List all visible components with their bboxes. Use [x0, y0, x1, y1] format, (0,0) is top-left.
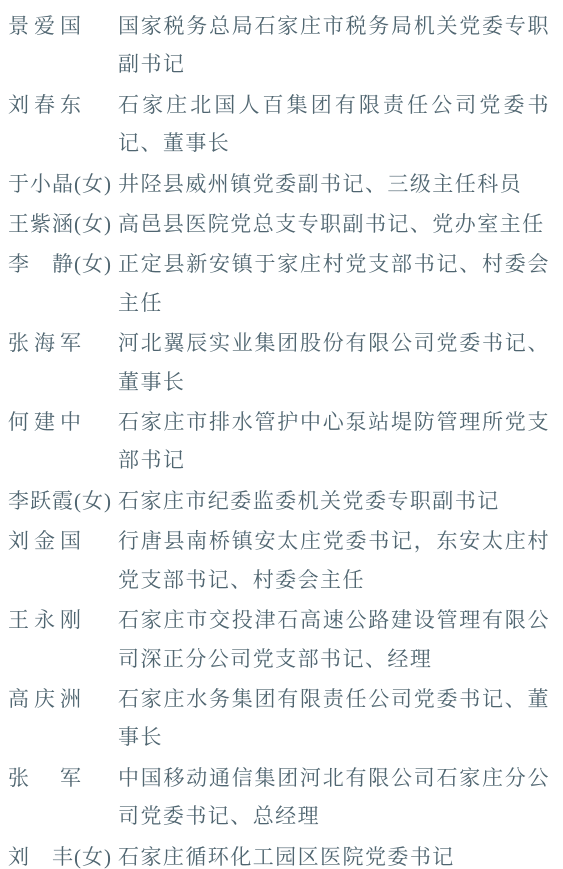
person-title: 石家庄市纪委监委机关党委专职副书记: [118, 482, 550, 520]
person-title: 行唐县南桥镇安太庄党委书记，东安太庄村党支部书记、村委会主任: [118, 522, 550, 599]
person-title: 正定县新安镇于家庄村党支部书记、村委会主任: [118, 245, 550, 322]
person-name: 刘春东: [8, 86, 118, 124]
person-name: 王紫涵(女): [8, 205, 118, 243]
person-name: 于小晶(女): [8, 165, 118, 203]
officials-list: 景爱国 国家税务总局石家庄市税务局机关党委专职副书记 刘春东 石家庄北国人百集团…: [8, 7, 563, 869]
person-name: 李 静(女): [8, 245, 118, 283]
entry-row: 何建中 石家庄市排水管护中心泵站堤防管理所党支部书记: [8, 403, 563, 480]
person-name: 景爱国: [8, 7, 118, 45]
entry-row: 景爱国 国家税务总局石家庄市税务局机关党委专职副书记: [8, 7, 563, 84]
person-name: 高庆洲: [8, 680, 118, 718]
entry-row: 高庆洲 石家庄水务集团有限责任公司党委书记、董事长: [8, 680, 563, 757]
person-name: 刘金国: [8, 522, 118, 560]
entry-row: 于小晶(女) 井陉县威州镇党委副书记、三级主任科员: [8, 165, 563, 203]
entry-row: 王紫涵(女) 高邑县医院党总支专职副书记、党办室主任: [8, 205, 563, 243]
person-title: 石家庄北国人百集团有限责任公司党委书记、董事长: [118, 86, 550, 163]
person-title: 石家庄水务集团有限责任公司党委书记、董事长: [118, 680, 550, 757]
entry-row: 刘金国 行唐县南桥镇安太庄党委书记，东安太庄村党支部书记、村委会主任: [8, 522, 563, 599]
entry-row: 李跃霞(女) 石家庄市纪委监委机关党委专职副书记: [8, 482, 563, 520]
person-title: 石家庄市排水管护中心泵站堤防管理所党支部书记: [118, 403, 550, 480]
document-page: 景爱国 国家税务总局石家庄市税务局机关党委专职副书记 刘春东 石家庄北国人百集团…: [0, 0, 563, 869]
person-title: 井陉县威州镇党委副书记、三级主任科员: [118, 165, 550, 203]
entry-row: 刘春东 石家庄北国人百集团有限责任公司党委书记、董事长: [8, 86, 563, 163]
person-title: 石家庄市交投津石高速公路建设管理有限公司深正分公司党支部书记、经理: [118, 601, 550, 678]
person-title: 中国移动通信集团河北有限公司石家庄分公司党委书记、总经理: [118, 759, 550, 836]
entry-row: 张 军 中国移动通信集团河北有限公司石家庄分公司党委书记、总经理: [8, 759, 563, 836]
person-name: 何建中: [8, 403, 118, 441]
entry-row: 王永刚 石家庄市交投津石高速公路建设管理有限公司深正分公司党支部书记、经理: [8, 601, 563, 678]
person-title: 石家庄循环化工园区医院党委书记: [118, 838, 550, 869]
person-name: 李跃霞(女): [8, 482, 118, 520]
person-name: 张海军: [8, 324, 118, 362]
person-title: 高邑县医院党总支专职副书记、党办室主任: [118, 205, 550, 243]
entry-row: 李 静(女) 正定县新安镇于家庄村党支部书记、村委会主任: [8, 245, 563, 322]
entry-row: 张海军 河北翼辰实业集团股份有限公司党委书记、董事长: [8, 324, 563, 401]
person-name: 王永刚: [8, 601, 118, 639]
entry-row: 刘 丰(女) 石家庄循环化工园区医院党委书记: [8, 838, 563, 869]
person-title: 国家税务总局石家庄市税务局机关党委专职副书记: [118, 7, 550, 84]
person-name: 张 军: [8, 759, 118, 797]
person-title: 河北翼辰实业集团股份有限公司党委书记、董事长: [118, 324, 550, 401]
person-name: 刘 丰(女): [8, 838, 118, 869]
